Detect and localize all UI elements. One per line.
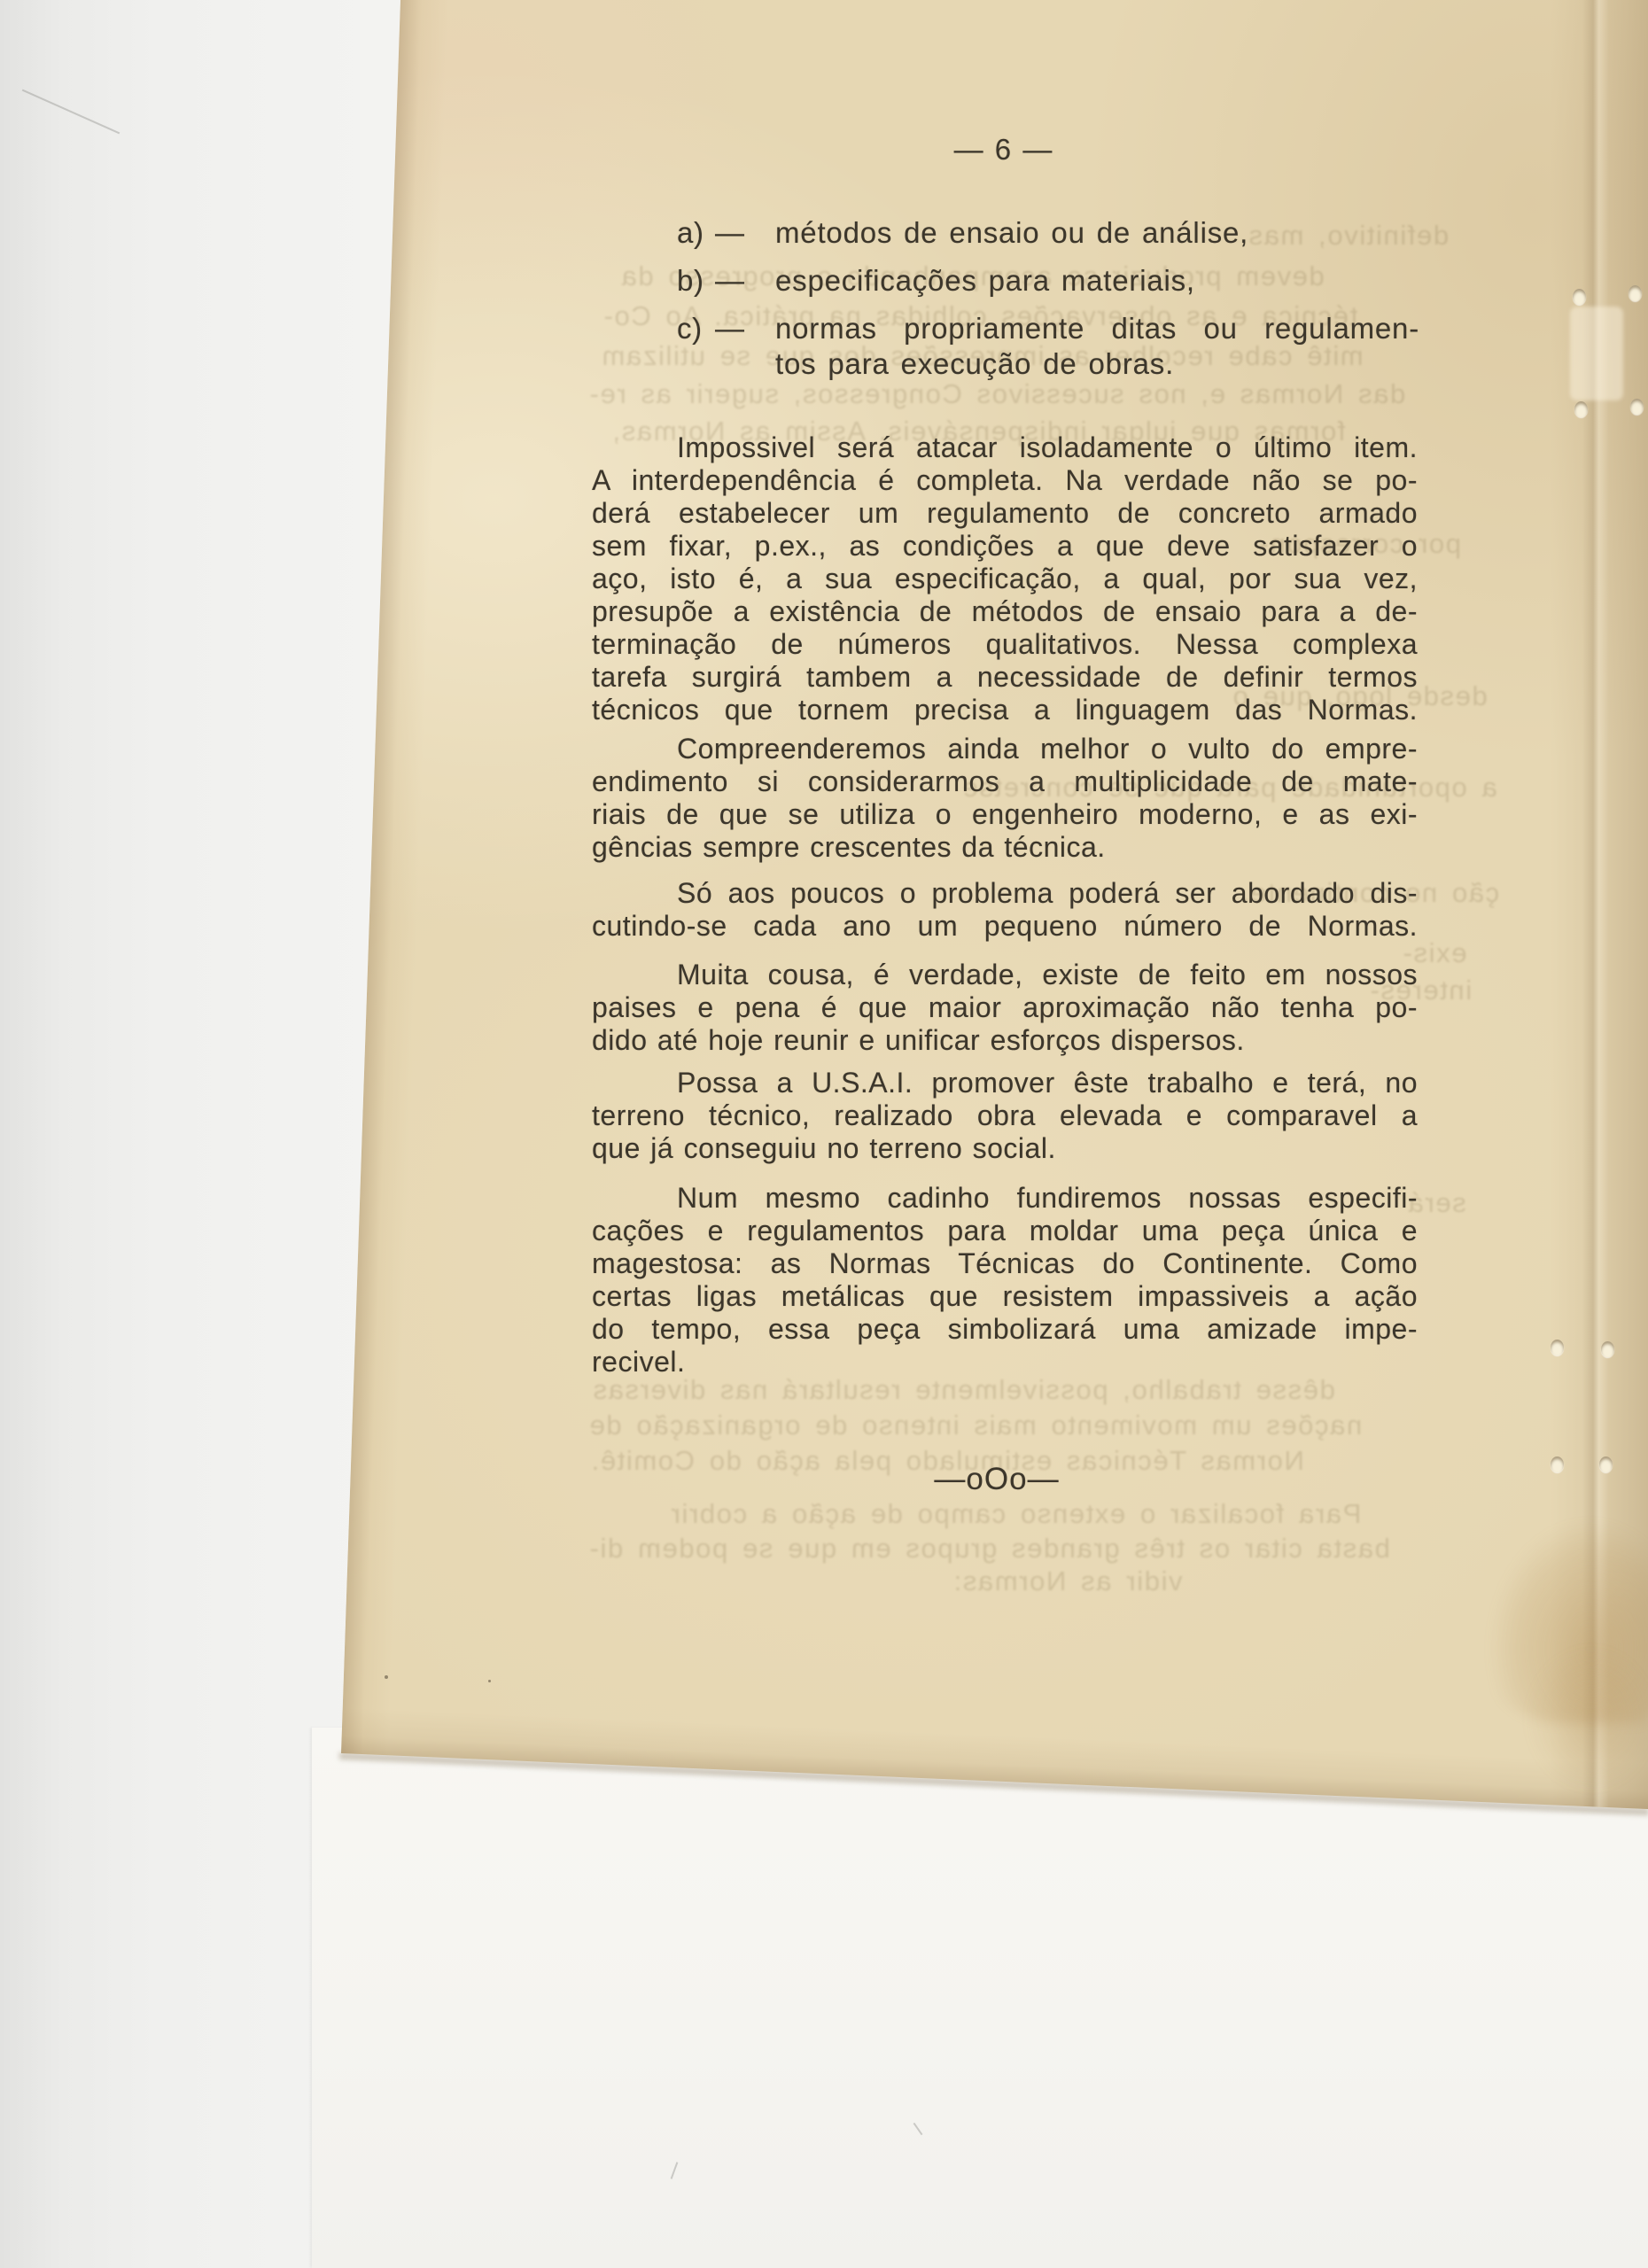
dust-speck [385, 1675, 388, 1679]
staple-hole [1599, 1456, 1613, 1472]
paragraph-line: Possa a U.S.A.I. promover êste trabalho … [592, 1067, 1418, 1099]
paragraph-line: recivel. [592, 1346, 1418, 1379]
list-item-label: b) [677, 264, 704, 298]
paragraph-line: terminação de números qualitativos. Ness… [592, 628, 1418, 661]
paragraph-line: presupõe a existência de métodos de ensa… [592, 595, 1418, 628]
bleedthrough-line: vidir as Normas: [952, 1565, 1183, 1597]
paragraph-line: técnicos que tornem precisa a linguagem … [592, 694, 1418, 726]
paragraph-line: do tempo, essa peça simbolizará uma amiz… [592, 1313, 1418, 1346]
paragraph-line: riais de que se utiliza o engenheiro mod… [592, 798, 1418, 831]
staple-hole [1630, 399, 1644, 415]
list-item-line: normas propriamente ditas ou regulamen- [775, 312, 1419, 346]
list-item-line: métodos de ensaio ou de análise, [775, 216, 1419, 250]
staple-hole [1551, 1456, 1564, 1472]
list-item-line: especificações para materiais, [775, 264, 1419, 298]
paragraph-line: Num mesmo cadinho fundiremos nossas espe… [592, 1182, 1418, 1215]
list-item-dash: — [715, 312, 744, 346]
underlying-white-sheet [312, 1728, 1648, 2268]
paragraph-line: derá estabelecer um regulamento de concr… [592, 497, 1418, 530]
bleedthrough-line: nações um movimento mais intenso de orga… [588, 1410, 1362, 1441]
paragraph-line: Impossivel será atacar isoladamente o úl… [592, 431, 1418, 464]
paragraph-line: cutindo-se cada ano um pequeno número de… [592, 910, 1418, 943]
paragraph-line: que já conseguiu no terreno social. [592, 1132, 1418, 1165]
paragraph-line: paises e pena é que maior aproximação nã… [592, 991, 1418, 1024]
list-item-line: tos para execução de obras. [775, 347, 1419, 381]
bleedthrough-line: das Normas e, nos sucessivos Congressos,… [588, 378, 1405, 410]
staple-hole [1629, 285, 1642, 301]
paragraph-line: sem fixar, p.ex., as condições a que dev… [592, 530, 1418, 563]
water-stain-lower [1506, 1639, 1648, 1798]
bleedthrough-line: Para focalizar o extenso campo de ação a… [670, 1498, 1361, 1530]
paragraph-line: Muita cousa, é verdade, existe de feito … [592, 959, 1418, 991]
bleedthrough-line: dêsse trabalho, possivelmente resultará … [592, 1374, 1335, 1406]
scanned-document-canvas: definitivo, masdevem produzir se acompan… [0, 0, 1648, 2268]
staple-hole [1551, 1340, 1564, 1355]
list-item-dash: — [715, 264, 744, 298]
list-item-label: a) [677, 216, 704, 250]
paragraph-line: Compreenderemos ainda melhor o vulto do … [592, 733, 1418, 765]
list-item-dash: — [715, 216, 744, 250]
page-number: — 6 — [942, 133, 1066, 167]
paragraph-line: tarefa surgirá tambem a necessidade de d… [592, 661, 1418, 694]
paragraph-line: magestosa: as Normas Técnicas do Contine… [592, 1247, 1418, 1280]
paragraph-line: aço, isto é, a sua especificação, a qual… [592, 563, 1418, 595]
staple-hole [1601, 1341, 1614, 1357]
bleedthrough-line: basta citar os três grandes grupos em qu… [588, 1533, 1390, 1565]
staple-hole [1574, 401, 1588, 417]
paragraph-line: Só aos poucos o problema poderá ser abor… [592, 877, 1418, 910]
tape-patch-mark [1570, 307, 1623, 400]
page-left-edge-shading [341, 0, 448, 1763]
paragraph-line: certas ligas metálicas que resistem impa… [592, 1280, 1418, 1313]
paragraph-line: dido até hoje reunir e unificar esforços… [592, 1024, 1418, 1057]
paragraph-line: A interdependência é completa. Na verdad… [592, 464, 1418, 497]
paragraph-line: endimento si considerarmos a multiplicid… [592, 765, 1418, 798]
staple-hole [1573, 289, 1586, 305]
paragraph-line: cações e regulamentos para moldar uma pe… [592, 1215, 1418, 1247]
paragraph-line: terreno técnico, realizado obra elevada … [592, 1099, 1418, 1132]
list-item-label: c) [677, 312, 703, 346]
section-separator: —oOo— [913, 1462, 1081, 1497]
dust-speck [488, 1680, 491, 1682]
paragraph-line: gências sempre crescentes da técnica. [592, 831, 1418, 864]
scratch-mark [22, 89, 120, 135]
